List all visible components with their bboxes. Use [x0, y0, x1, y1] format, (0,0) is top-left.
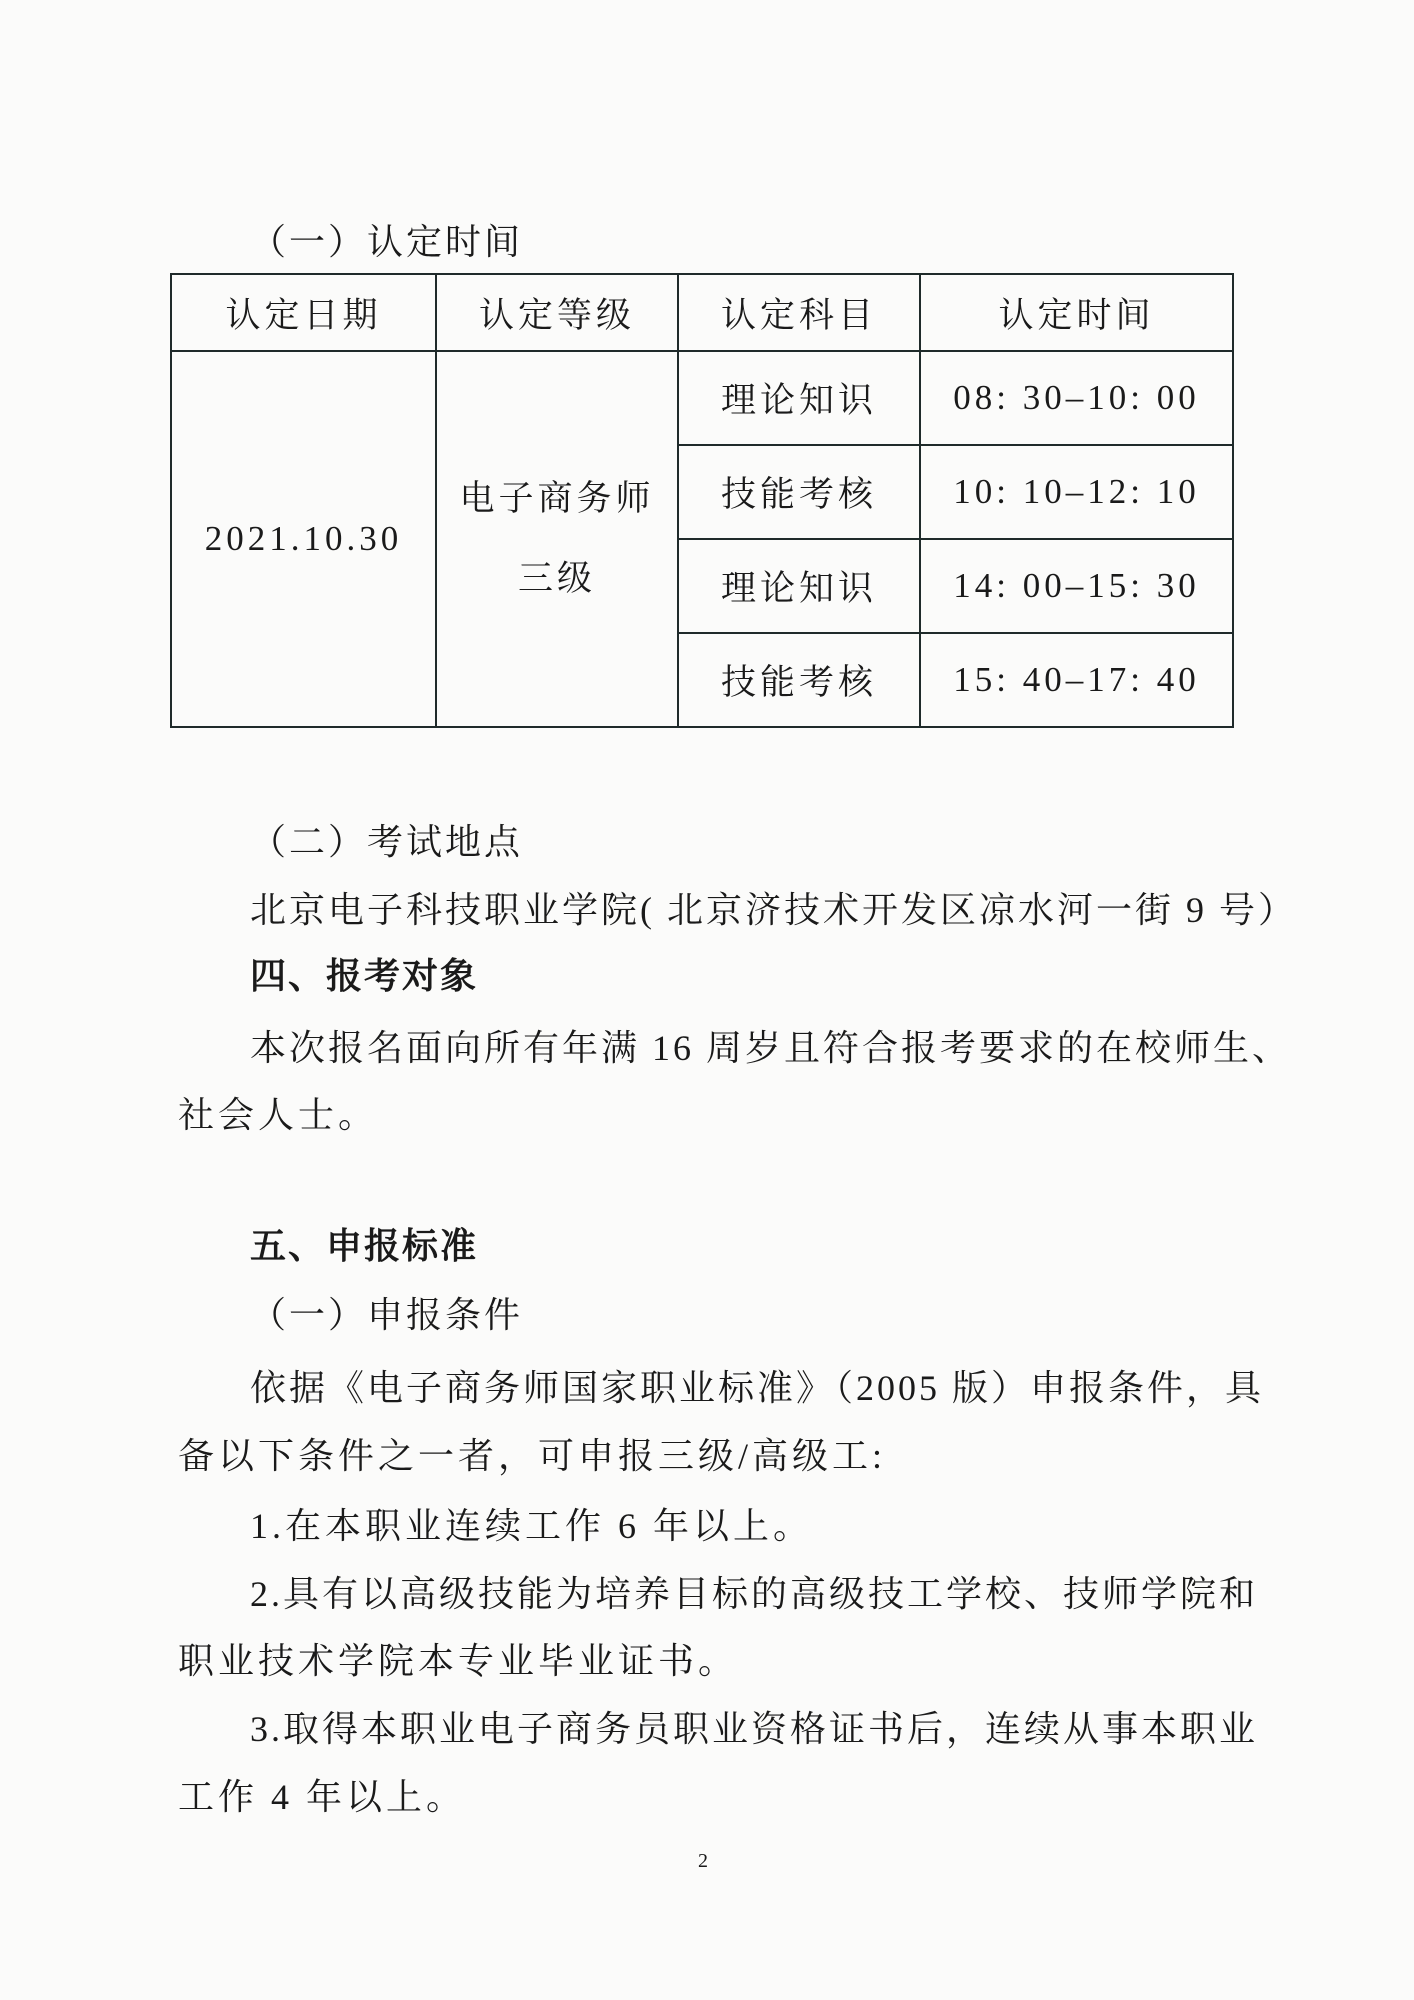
header-date: 认定日期	[171, 274, 436, 351]
table-header-row: 认定日期 认定等级 认定科目 认定时间	[171, 274, 1233, 351]
cell-subject: 理论知识	[678, 351, 920, 445]
condition-item-1: 1.在本职业连续工作 6 年以上。	[250, 1504, 813, 1548]
cell-time: 08: 30–10: 00	[920, 351, 1233, 445]
condition-item-3-line2: 工作 4 年以上。	[178, 1775, 466, 1819]
cell-time: 15: 40–17: 40	[920, 633, 1233, 727]
applicants-paragraph-line2: 社会人士。	[178, 1093, 378, 1137]
condition-item-3-line1: 3.取得本职业电子商务员职业资格证书后，连续从事本职业	[250, 1707, 1258, 1751]
applicants-paragraph-line1: 本次报名面向所有年满 16 周岁且符合报考要求的在校师生、	[250, 1026, 1291, 1070]
cell-subject: 技能考核	[678, 445, 920, 539]
header-subject: 认定科目	[678, 274, 920, 351]
heading-application-standards: 五、申报标准	[250, 1225, 478, 1269]
cell-level: 电子商务师 三级	[436, 351, 678, 727]
cell-date: 2021.10.30	[171, 351, 436, 727]
level-grade: 三级	[437, 539, 677, 619]
cell-subject: 理论知识	[678, 539, 920, 633]
page-number: 2	[698, 1850, 708, 1873]
table-row: 2021.10.30 电子商务师 三级 理论知识 08: 30–10: 00	[171, 351, 1233, 445]
section-title-certification-time: （一）认定时间	[250, 220, 523, 264]
cell-time: 10: 10–12: 10	[920, 445, 1233, 539]
conditions-intro-line2: 备以下条件之一者，可申报三级/高级工:	[178, 1434, 886, 1478]
section-title-exam-location: （二）考试地点	[250, 820, 523, 864]
condition-item-2-line1: 2.具有以高级技能为培养目标的高级技工学校、技师学院和	[250, 1572, 1258, 1616]
level-name: 电子商务师	[437, 459, 677, 539]
header-level: 认定等级	[436, 274, 678, 351]
cell-subject: 技能考核	[678, 633, 920, 727]
exam-address: 北京电子科技职业学院( 北京济技术开发区凉水河一街 9 号）	[250, 888, 1297, 932]
sub-title-application-conditions: （一）申报条件	[250, 1293, 523, 1337]
condition-item-2-line2: 职业技术学院本专业毕业证书。	[178, 1639, 738, 1683]
conditions-intro-line1: 依据《电子商务师国家职业标准》（2005 版）申报条件，具	[250, 1366, 1264, 1410]
cell-time: 14: 00–15: 30	[920, 539, 1233, 633]
heading-applicants: 四、报考对象	[250, 955, 478, 999]
certification-schedule-table: 认定日期 认定等级 认定科目 认定时间 2021.10.30 电子商务师 三级 …	[170, 273, 1234, 728]
header-time: 认定时间	[920, 274, 1233, 351]
